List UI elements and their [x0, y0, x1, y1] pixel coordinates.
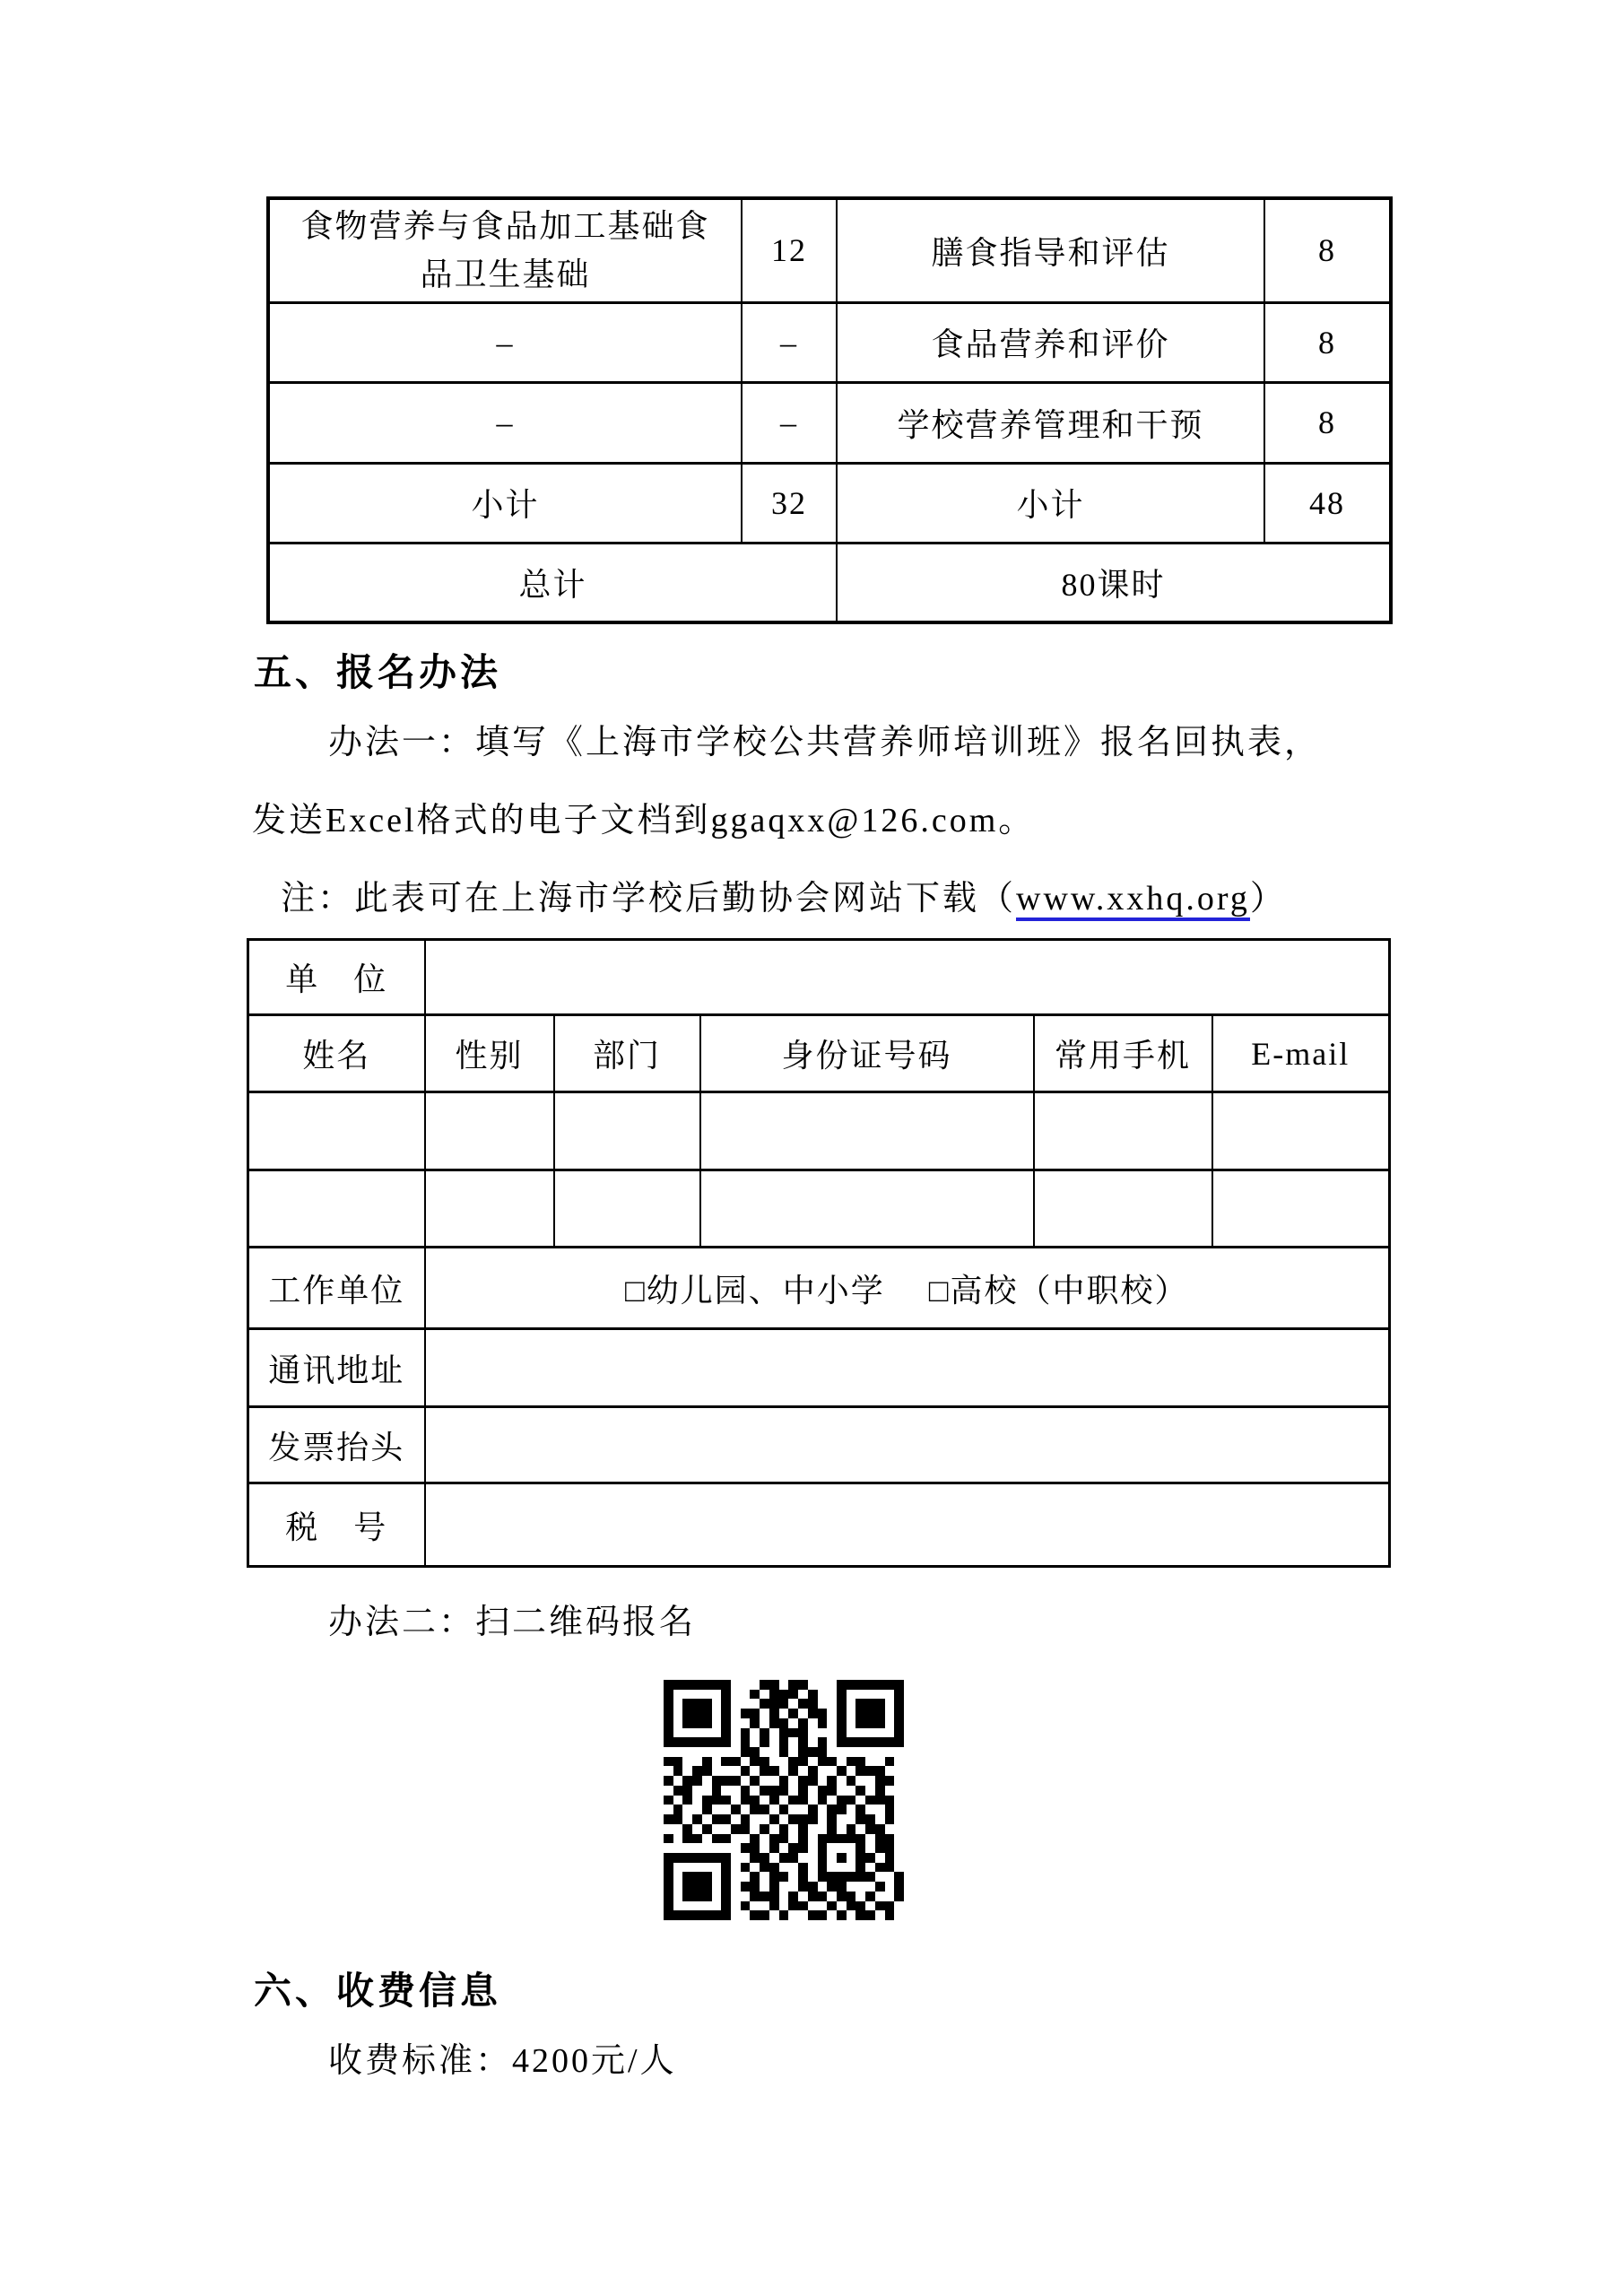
- subtotal-hours-cell: 48: [1264, 463, 1391, 543]
- email-input-cell[interactable]: [1212, 1170, 1390, 1248]
- course-cell: 膳食指导和评估: [837, 198, 1264, 302]
- section6-heading: 六、收费信息: [254, 1970, 501, 2014]
- tax-number-label: 税 号: [248, 1483, 425, 1567]
- header-gender: 性别: [425, 1015, 554, 1092]
- header-mobile: 常用手机: [1034, 1015, 1212, 1092]
- department-input-cell[interactable]: [554, 1092, 700, 1170]
- course-cell: –: [268, 382, 742, 463]
- course-cell: –: [268, 302, 742, 382]
- signup-form-table: 单 位 姓名 性别 部门 身份证号码 常用手机 E-mail: [247, 938, 1391, 1568]
- fee-line: 收费标准：4200元/人: [328, 2041, 677, 2083]
- course-cell: 食物营养与食品加工基础食品卫生基础: [268, 198, 742, 302]
- department-input-cell[interactable]: [554, 1170, 700, 1248]
- hours-cell: –: [742, 382, 837, 463]
- tax-number-input-cell[interactable]: [425, 1483, 1390, 1567]
- method1-line1: 办法一：填写《上海市学校公共营养师培训班》报名回执表，: [328, 723, 1321, 764]
- mobile-input-cell[interactable]: [1034, 1170, 1212, 1248]
- name-input-cell[interactable]: [248, 1170, 425, 1248]
- section5-heading: 五、报名办法: [254, 651, 501, 696]
- hours-cell: 8: [1264, 382, 1391, 463]
- header-email: E-mail: [1212, 1015, 1390, 1092]
- gender-input-cell[interactable]: [425, 1170, 554, 1248]
- work-unit-options-cell[interactable]: □幼儿园、中小学 □高校（中职校）: [425, 1248, 1390, 1329]
- address-input-cell[interactable]: [425, 1329, 1390, 1407]
- hours-cell: 12: [742, 198, 837, 302]
- note-line: 注：此表可在上海市学校后勤协会网站下载（www.xxhq.org）: [281, 879, 1287, 920]
- invoice-title-label: 发票抬头: [248, 1407, 425, 1483]
- hours-cell: –: [742, 302, 837, 382]
- address-label: 通讯地址: [248, 1329, 425, 1407]
- hours-cell: 8: [1264, 302, 1391, 382]
- method1-line2: 发送Excel格式的电子文档到ggaqxx@126.com。: [252, 801, 1035, 842]
- header-department: 部门: [554, 1015, 700, 1092]
- name-input-cell[interactable]: [248, 1092, 425, 1170]
- header-name: 姓名: [248, 1015, 425, 1092]
- email-input-cell[interactable]: [1212, 1092, 1390, 1170]
- subtotal-label-cell: 小计: [837, 463, 1264, 543]
- subtotal-hours-cell: 32: [742, 463, 837, 543]
- course-cell: 学校营养管理和干预: [837, 382, 1264, 463]
- hours-cell: 8: [1264, 198, 1391, 302]
- method2-line: 办法二：扫二维码报名: [328, 1603, 696, 1644]
- note-suffix: ）: [1250, 880, 1287, 918]
- id-number-input-cell[interactable]: [700, 1170, 1034, 1248]
- mobile-input-cell[interactable]: [1034, 1092, 1212, 1170]
- invoice-title-input-cell[interactable]: [425, 1407, 1390, 1483]
- unit-input-cell[interactable]: [425, 940, 1390, 1015]
- qr-code: [664, 1680, 904, 1920]
- id-number-input-cell[interactable]: [700, 1092, 1034, 1170]
- work-unit-label: 工作单位: [248, 1248, 425, 1329]
- course-cell: 食品营养和评价: [837, 302, 1264, 382]
- header-id-number: 身份证号码: [700, 1015, 1034, 1092]
- website-link[interactable]: www.xxhq.org: [1016, 880, 1250, 921]
- unit-label: 单 位: [248, 940, 425, 1015]
- document-page: 食物营养与食品加工基础食品卫生基础 12 膳食指导和评估 8 – – 食品营养和…: [0, 0, 1624, 2296]
- note-prefix: 注：此表可在上海市学校后勤协会网站下载（: [281, 880, 1016, 918]
- total-label-cell: 总计: [268, 543, 837, 622]
- total-hours-cell: 80课时: [837, 543, 1391, 622]
- gender-input-cell[interactable]: [425, 1092, 554, 1170]
- course-hours-table: 食物营养与食品加工基础食品卫生基础 12 膳食指导和评估 8 – – 食品营养和…: [266, 196, 1393, 624]
- subtotal-label-cell: 小计: [268, 463, 742, 543]
